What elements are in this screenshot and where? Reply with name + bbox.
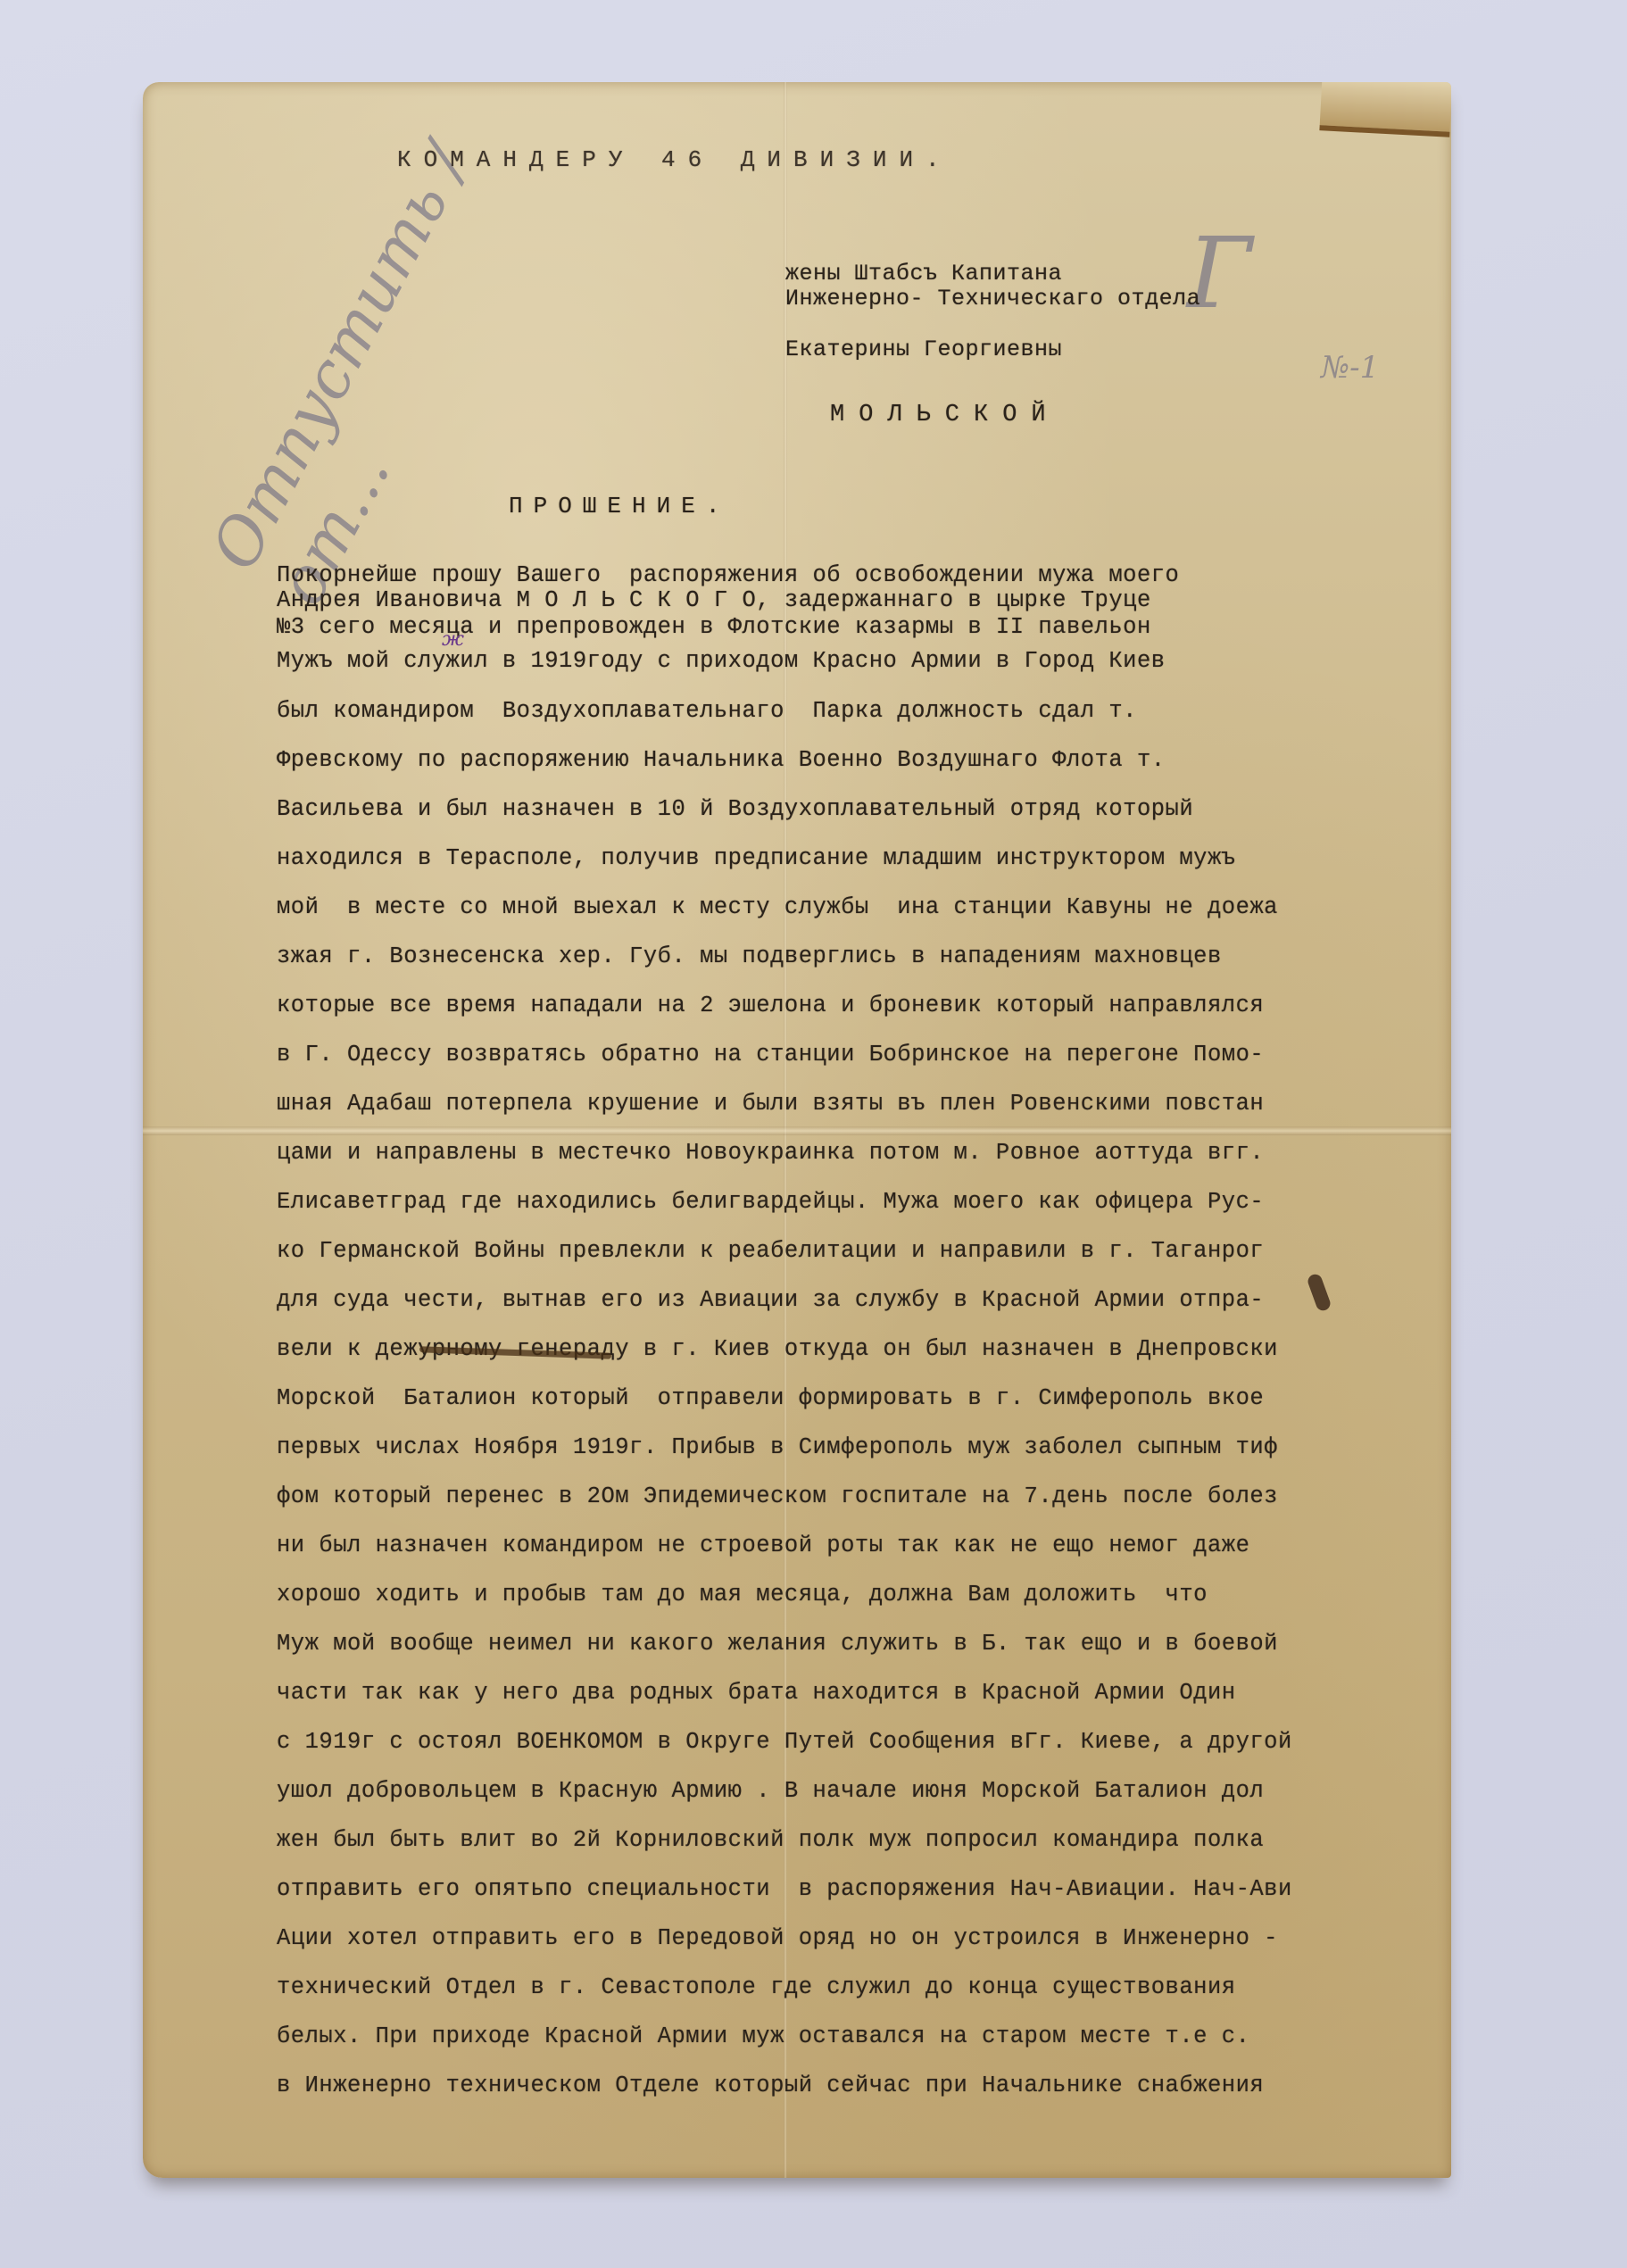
body-line: хорошо ходить и пробыв там до мая месяца… [277,1582,1208,1608]
pencil-mark-right-margin: №-1 [1321,350,1379,386]
body-line: Ации хотел отправить его в Передовой оря… [277,1925,1278,1951]
body-line: отправить его опятьпо специальности в ра… [277,1876,1292,1902]
body-line: в Инженерно техническом Отделе который с… [277,2073,1264,2098]
sender-line-department: Инженерно- Техническаго отдела [785,286,1200,312]
body-line: Покорнейше прошу Вашего распоряжения об … [277,562,1179,588]
body-line: ни был назначен командиром не строевой р… [277,1533,1249,1558]
body-line: белых. При приходе Красной Армии муж ост… [277,2023,1249,2049]
pencil-mark-top-right: Г [1187,216,1252,330]
body-line: шная Адабаш потерпела крушение и были вз… [277,1091,1264,1117]
body-line: был командиром Воздухоплавательнаго Парк… [277,698,1137,724]
horizontal-fold-crease [143,1126,1451,1135]
violet-ink-correction: ж [442,628,464,651]
body-line: Мужъ мой служил в 1919году с приходом Кр… [277,648,1166,674]
ink-blot [1306,1273,1332,1313]
body-line: Фревскому по распоряжению Начальника Вое… [277,747,1166,773]
body-line: ушол добровольцем в Красную Армию . В на… [277,1778,1264,1804]
body-line: Васильева и был назначен в 10 й Воздухоп… [277,796,1193,822]
body-line: которые все время нападали на 2 эшелона … [277,993,1264,1018]
body-line: Муж мой вообще неимел ни какого желания … [277,1631,1278,1657]
body-line: зжая г. Вознесенска хер. Губ. мы подверг… [277,943,1222,969]
body-line: технический Отдел в г. Севастополе где с… [277,1974,1236,2000]
body-line: цами и направлены в местечко Новоукраинк… [277,1140,1264,1166]
sender-line-rank: жены Штабсъ Капитана [785,261,1062,287]
body-line: части так как у него два родных брата на… [277,1680,1236,1706]
body-line: Морской Баталион который отправели форми… [277,1385,1264,1411]
document-paper: Отпустить / от... Г №-1 КОМАНДЕРУ 46 ДИВ… [143,82,1451,2178]
body-line: фом который перенес в 2Ом Эпидемическом … [277,1483,1278,1509]
body-line: в Г. Одессу возвратясь обратно на станци… [277,1042,1264,1068]
body-line: мой в месте со мной выехал к месту служб… [277,894,1278,920]
body-line: первых числах Ноября 1919г. Прибыв в Сим… [277,1434,1278,1460]
body-line: Елисаветград где находились белигвардейц… [277,1189,1264,1215]
body-line: находился в Терасполе, получив предписан… [277,845,1236,871]
document-title: ПРОШЕНИЕ. [509,493,730,519]
body-line: ко Германской Войны превлекли к реабелит… [277,1238,1264,1264]
body-line: №3 сего месяца и препровожден в Флотские… [277,614,1151,640]
body-line: Андрея Ивановича М О Л Ь С К О Г О, заде… [277,587,1151,613]
sender-surname: МОЛЬСКОЙ [830,402,1060,428]
body-line: жен был быть влит во 2й Корниловский пол… [277,1827,1264,1853]
sender-line-name: Екатерины Георгиевны [785,336,1062,362]
torn-corner-flap [1319,82,1451,137]
body-line: для суда чести, вытнав его из Авиации за… [277,1287,1264,1313]
addressee-heading: КОМАНДЕРУ 46 ДИВИЗИИ. [397,146,952,173]
body-line: с 1919г с остоял ВОЕНКОМОМ в Округе Путе… [277,1729,1292,1755]
